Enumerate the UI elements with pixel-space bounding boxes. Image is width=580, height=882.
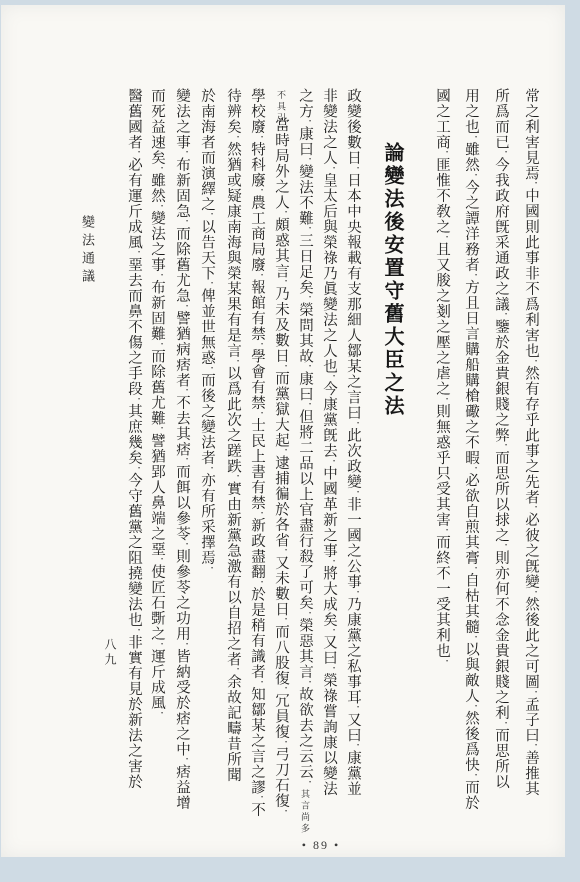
text-column: 學校廢•特科廢•農工商局廢•報館有禁•學會有禁•士民上書有禁•新政盡翻•於是稍有… bbox=[246, 88, 268, 818]
punctuation-dot: • bbox=[331, 559, 337, 566]
punctuation-dot: • bbox=[355, 705, 361, 712]
punctuation-dot: • bbox=[533, 359, 539, 366]
punctuation-dot: • bbox=[283, 210, 289, 217]
text-column: 變法之事•布新固急•而除舊尤急•譬猶病痞者•不去其痞•而餌以參苓•則參苓之功用•… bbox=[171, 88, 193, 811]
punctuation-dot: • bbox=[444, 397, 450, 404]
punctuation-dot: • bbox=[209, 281, 215, 288]
column-text: 政變後數日•日本中央報載有支那細人鄒某之言曰•此次政變•非一國之公事•乃康黨之私… bbox=[345, 88, 361, 797]
punctuation-dot: • bbox=[503, 721, 509, 728]
folio-page-number: 八九 bbox=[103, 638, 117, 668]
punctuation-dot: • bbox=[283, 364, 289, 371]
punctuation-dot: • bbox=[159, 426, 165, 433]
punctuation-dot: • bbox=[159, 342, 165, 349]
punctuation-dot: • bbox=[473, 466, 479, 473]
text-column: 於南海者而演繹之•以告天下•俾並世無惑•而後之變法者•亦有所采擇焉• bbox=[196, 88, 218, 573]
text-column: 而死益速矣•雖然•變法之事•布新固難•而除舊尤難•譬猶郢人鼻端之堊•使匠石斲之•… bbox=[146, 88, 168, 718]
punctuation-dot: • bbox=[283, 740, 289, 747]
punctuation-dot: • bbox=[473, 704, 479, 711]
column-text: 待辨矣•然猶或疑康南海與榮某果有是言•以爲此次之蹉跌•實由新黨急激有以自招之者•… bbox=[225, 88, 241, 783]
punctuation-dot: • bbox=[184, 642, 190, 649]
punctuation-dot: • bbox=[259, 580, 265, 587]
punctuation-dot: • bbox=[184, 757, 190, 764]
punctuation-dot: • bbox=[283, 686, 289, 693]
column-text: 變法之事•布新固急•而除舊尤急•譬猶病痞者•不去其痞•而餌以參苓•則參苓之功用•… bbox=[174, 88, 190, 811]
punctuation-dot: • bbox=[136, 466, 142, 473]
punctuation-dot: • bbox=[533, 181, 539, 188]
punctuation-dot: • bbox=[444, 659, 450, 666]
text-column: 不具引當時局外之人•頗惑其言•乃未及數日•而黨獄大起•逮捕徧於各省•又未數日•而… bbox=[270, 88, 292, 816]
punctuation-dot: • bbox=[283, 548, 289, 555]
scanned-book-page-background: { "margins": { "book_title": "變法通議", "fo… bbox=[0, 0, 580, 882]
punctuation-dot: • bbox=[184, 388, 190, 395]
punctuation-dot: • bbox=[209, 566, 215, 573]
column-text: 國之工商•匪惟不敎之•且又朘之剗之壓之虐之•則無惑乎只受其害•而終不一受其利也• bbox=[434, 88, 450, 666]
punctuation-dot: • bbox=[355, 590, 361, 597]
punctuation-dot: • bbox=[533, 590, 539, 597]
column-text: 用之也•雖然•今之譚洋務者•方且日言購船購槍礮之不暇•必欲自煎其膏•自枯其髓•以… bbox=[463, 88, 479, 811]
punctuation-dot: • bbox=[473, 135, 479, 142]
punctuation-dot: • bbox=[533, 690, 539, 697]
punctuation-dot: • bbox=[533, 743, 539, 750]
punctuation-dot: • bbox=[259, 188, 265, 195]
punctuation-dot: • bbox=[259, 680, 265, 687]
text-column: 之方•康曰•變法不難•三日足矣•榮問其故•康曰•但將二品以上官盡行殺了可矣•榮惡… bbox=[294, 88, 316, 816]
punctuation-dot: • bbox=[444, 235, 450, 242]
punctuation-dot: • bbox=[355, 166, 361, 173]
punctuation-dot: • bbox=[159, 273, 165, 280]
punctuation-dot: • bbox=[331, 374, 337, 381]
punctuation-dot: • bbox=[184, 304, 190, 311]
text-column: 所爲而已•今我政府旣采通政之議•鑒於金貴銀賤之弊•而思所以捄之•則亦何不念金貴銀… bbox=[490, 88, 512, 790]
punctuation-dot: • bbox=[159, 642, 165, 649]
text-column: 國之工商•匪惟不敎之•且又朘之剗之壓之虐之•則無惑乎只受其害•而終不一受其利也• bbox=[431, 88, 453, 666]
text-column: 待辨矣•然猶或疑康南海與榮某果有是言•以爲此次之蹉跌•實由新黨急激有以自招之者•… bbox=[222, 88, 244, 783]
punctuation-dot: • bbox=[307, 295, 313, 302]
punctuation-dot: • bbox=[259, 273, 265, 280]
interlinear-note: 其言尚多 bbox=[300, 789, 310, 816]
punctuation-dot: • bbox=[184, 542, 190, 549]
column-text: 非變法之人•皇太后與榮祿乃眞變法之人也•今康黨旣去•中國革新之事•將大成矣•又曰… bbox=[321, 88, 337, 797]
margin-book-title: 變法通議 bbox=[79, 215, 95, 287]
punctuation-dot: • bbox=[184, 219, 190, 226]
punctuation-dot: • bbox=[331, 666, 337, 673]
punctuation-dot: • bbox=[307, 680, 313, 687]
punctuation-dot: • bbox=[159, 166, 165, 173]
punctuation-dot: • bbox=[503, 312, 509, 319]
punctuation-dot: • bbox=[503, 443, 509, 450]
punctuation-dot: • bbox=[259, 411, 265, 418]
punctuation-dot: • bbox=[159, 204, 165, 211]
punctuation-dot: • bbox=[331, 628, 337, 635]
punctuation-dot: • bbox=[235, 135, 241, 142]
punctuation-dot: • bbox=[473, 566, 479, 573]
column-text: 醫舊國者•必有運斤成風•堊去而鼻不傷之手段•其庶幾矣•今守舊黨之阻撓變法也•非實… bbox=[126, 88, 142, 790]
text-column: 非變法之人•皇太后與榮祿乃眞變法之人也•今康黨旣去•中國革新之事•將大成矣•又曰… bbox=[318, 88, 340, 797]
punctuation-dot: • bbox=[209, 366, 215, 373]
column-text: 之方•康曰•變法不難•三日足矣•榮問其故•康曰•但將二品以上官盡行殺了可矣•榮惡… bbox=[297, 88, 313, 787]
punctuation-dot: • bbox=[503, 543, 509, 550]
punctuation-dot: • bbox=[159, 711, 165, 718]
punctuation-dot: • bbox=[331, 166, 337, 173]
punctuation-dot: • bbox=[444, 150, 450, 157]
punctuation-dot: • bbox=[307, 226, 313, 233]
punctuation-dot: • bbox=[444, 528, 450, 535]
punctuation-dot: • bbox=[259, 135, 265, 142]
column-text: 而死益速矣•雖然•變法之事•布新固難•而除舊尤難•譬猶郢人鼻端之堊•使匠石斲之•… bbox=[149, 88, 165, 718]
punctuation-dot: • bbox=[259, 795, 265, 802]
punctuation-dot: • bbox=[283, 809, 289, 816]
punctuation-dot: • bbox=[473, 173, 479, 180]
text-column: 常之利害見焉•中國則此事非不爲利害也•然有存乎此事之先者•必彼之旣變•然後此之可… bbox=[520, 88, 542, 797]
punctuation-dot: • bbox=[473, 273, 479, 280]
text-column: 醫舊國者•必有運斤成風•堊去而鼻不傷之手段•其庶幾矣•今守舊黨之阻撓變法也•非實… bbox=[123, 88, 145, 790]
punctuation-dot: • bbox=[355, 743, 361, 750]
punctuation-dot: • bbox=[307, 119, 313, 126]
punctuation-dot: • bbox=[283, 448, 289, 455]
column-text: 學校廢•特科廢•農工商局廢•報館有禁•學會有禁•士民上書有禁•新政盡翻•於是稍有… bbox=[249, 88, 265, 818]
punctuation-dot: • bbox=[235, 667, 241, 674]
punctuation-dot: • bbox=[283, 279, 289, 286]
punctuation-dot: • bbox=[259, 511, 265, 518]
punctuation-dot: • bbox=[159, 557, 165, 564]
column-text: 常之利害見焉•中國則此事非不爲利害也•然有存乎此事之先者•必彼之旣變•然後此之可… bbox=[523, 88, 539, 797]
punctuation-dot: • bbox=[136, 250, 142, 257]
punctuation-dot: • bbox=[136, 397, 142, 404]
punctuation-dot: • bbox=[331, 459, 337, 466]
book-page: 常之利害見焉•中國則此事非不爲利害也•然有存乎此事之先者•必彼之旣變•然後此之可… bbox=[1, 5, 565, 857]
text-column: 政變後數日•日本中央報載有支那細人鄒某之言曰•此次政變•非一國之公事•乃康黨之私… bbox=[342, 88, 364, 797]
column-text: 所爲而已•今我政府旣采通政之議•鑒於金貴銀賤之弊•而思所以捄之•則亦何不念金貴銀… bbox=[493, 88, 509, 790]
punctuation-dot: • bbox=[307, 364, 313, 371]
punctuation-dot: • bbox=[136, 150, 142, 157]
column-text: 當時局外之人•頗惑其言•乃未及數日•而黨獄大起•逮捕徧於各省•又未數日•而八股復… bbox=[273, 117, 289, 816]
punctuation-dot: • bbox=[184, 150, 190, 157]
punctuation-dot: • bbox=[184, 457, 190, 464]
punctuation-dot: • bbox=[307, 402, 313, 409]
punctuation-dot: • bbox=[503, 150, 509, 157]
punctuation-dot: • bbox=[355, 421, 361, 428]
page-number: • 89 • bbox=[111, 838, 531, 853]
punctuation-dot: • bbox=[473, 773, 479, 780]
punctuation-dot: • bbox=[473, 635, 479, 642]
punctuation-dot: • bbox=[136, 628, 142, 635]
punctuation-dot: • bbox=[355, 490, 361, 497]
punctuation-dot: • bbox=[209, 212, 215, 219]
punctuation-dot: • bbox=[235, 359, 241, 366]
section-title: 論變法後安置守舊大臣之法 bbox=[380, 142, 406, 418]
punctuation-dot: • bbox=[307, 157, 313, 164]
punctuation-dot: • bbox=[307, 611, 313, 618]
text-column: 用之也•雖然•今之譚洋務者•方且日言購船購槍礮之不暇•必欲自煎其膏•自枯其髓•以… bbox=[460, 88, 482, 811]
punctuation-dot: • bbox=[307, 780, 313, 787]
punctuation-dot: • bbox=[259, 342, 265, 349]
punctuation-dot: • bbox=[209, 466, 215, 473]
column-text: 於南海者而演繹之•以告天下•俾並世無惑•而後之變法者•亦有所采擇焉• bbox=[199, 88, 215, 573]
punctuation-dot: • bbox=[283, 617, 289, 624]
interlinear-note: 不具引 bbox=[276, 90, 286, 117]
punctuation-dot: • bbox=[235, 474, 241, 481]
punctuation-dot: • bbox=[533, 505, 539, 512]
